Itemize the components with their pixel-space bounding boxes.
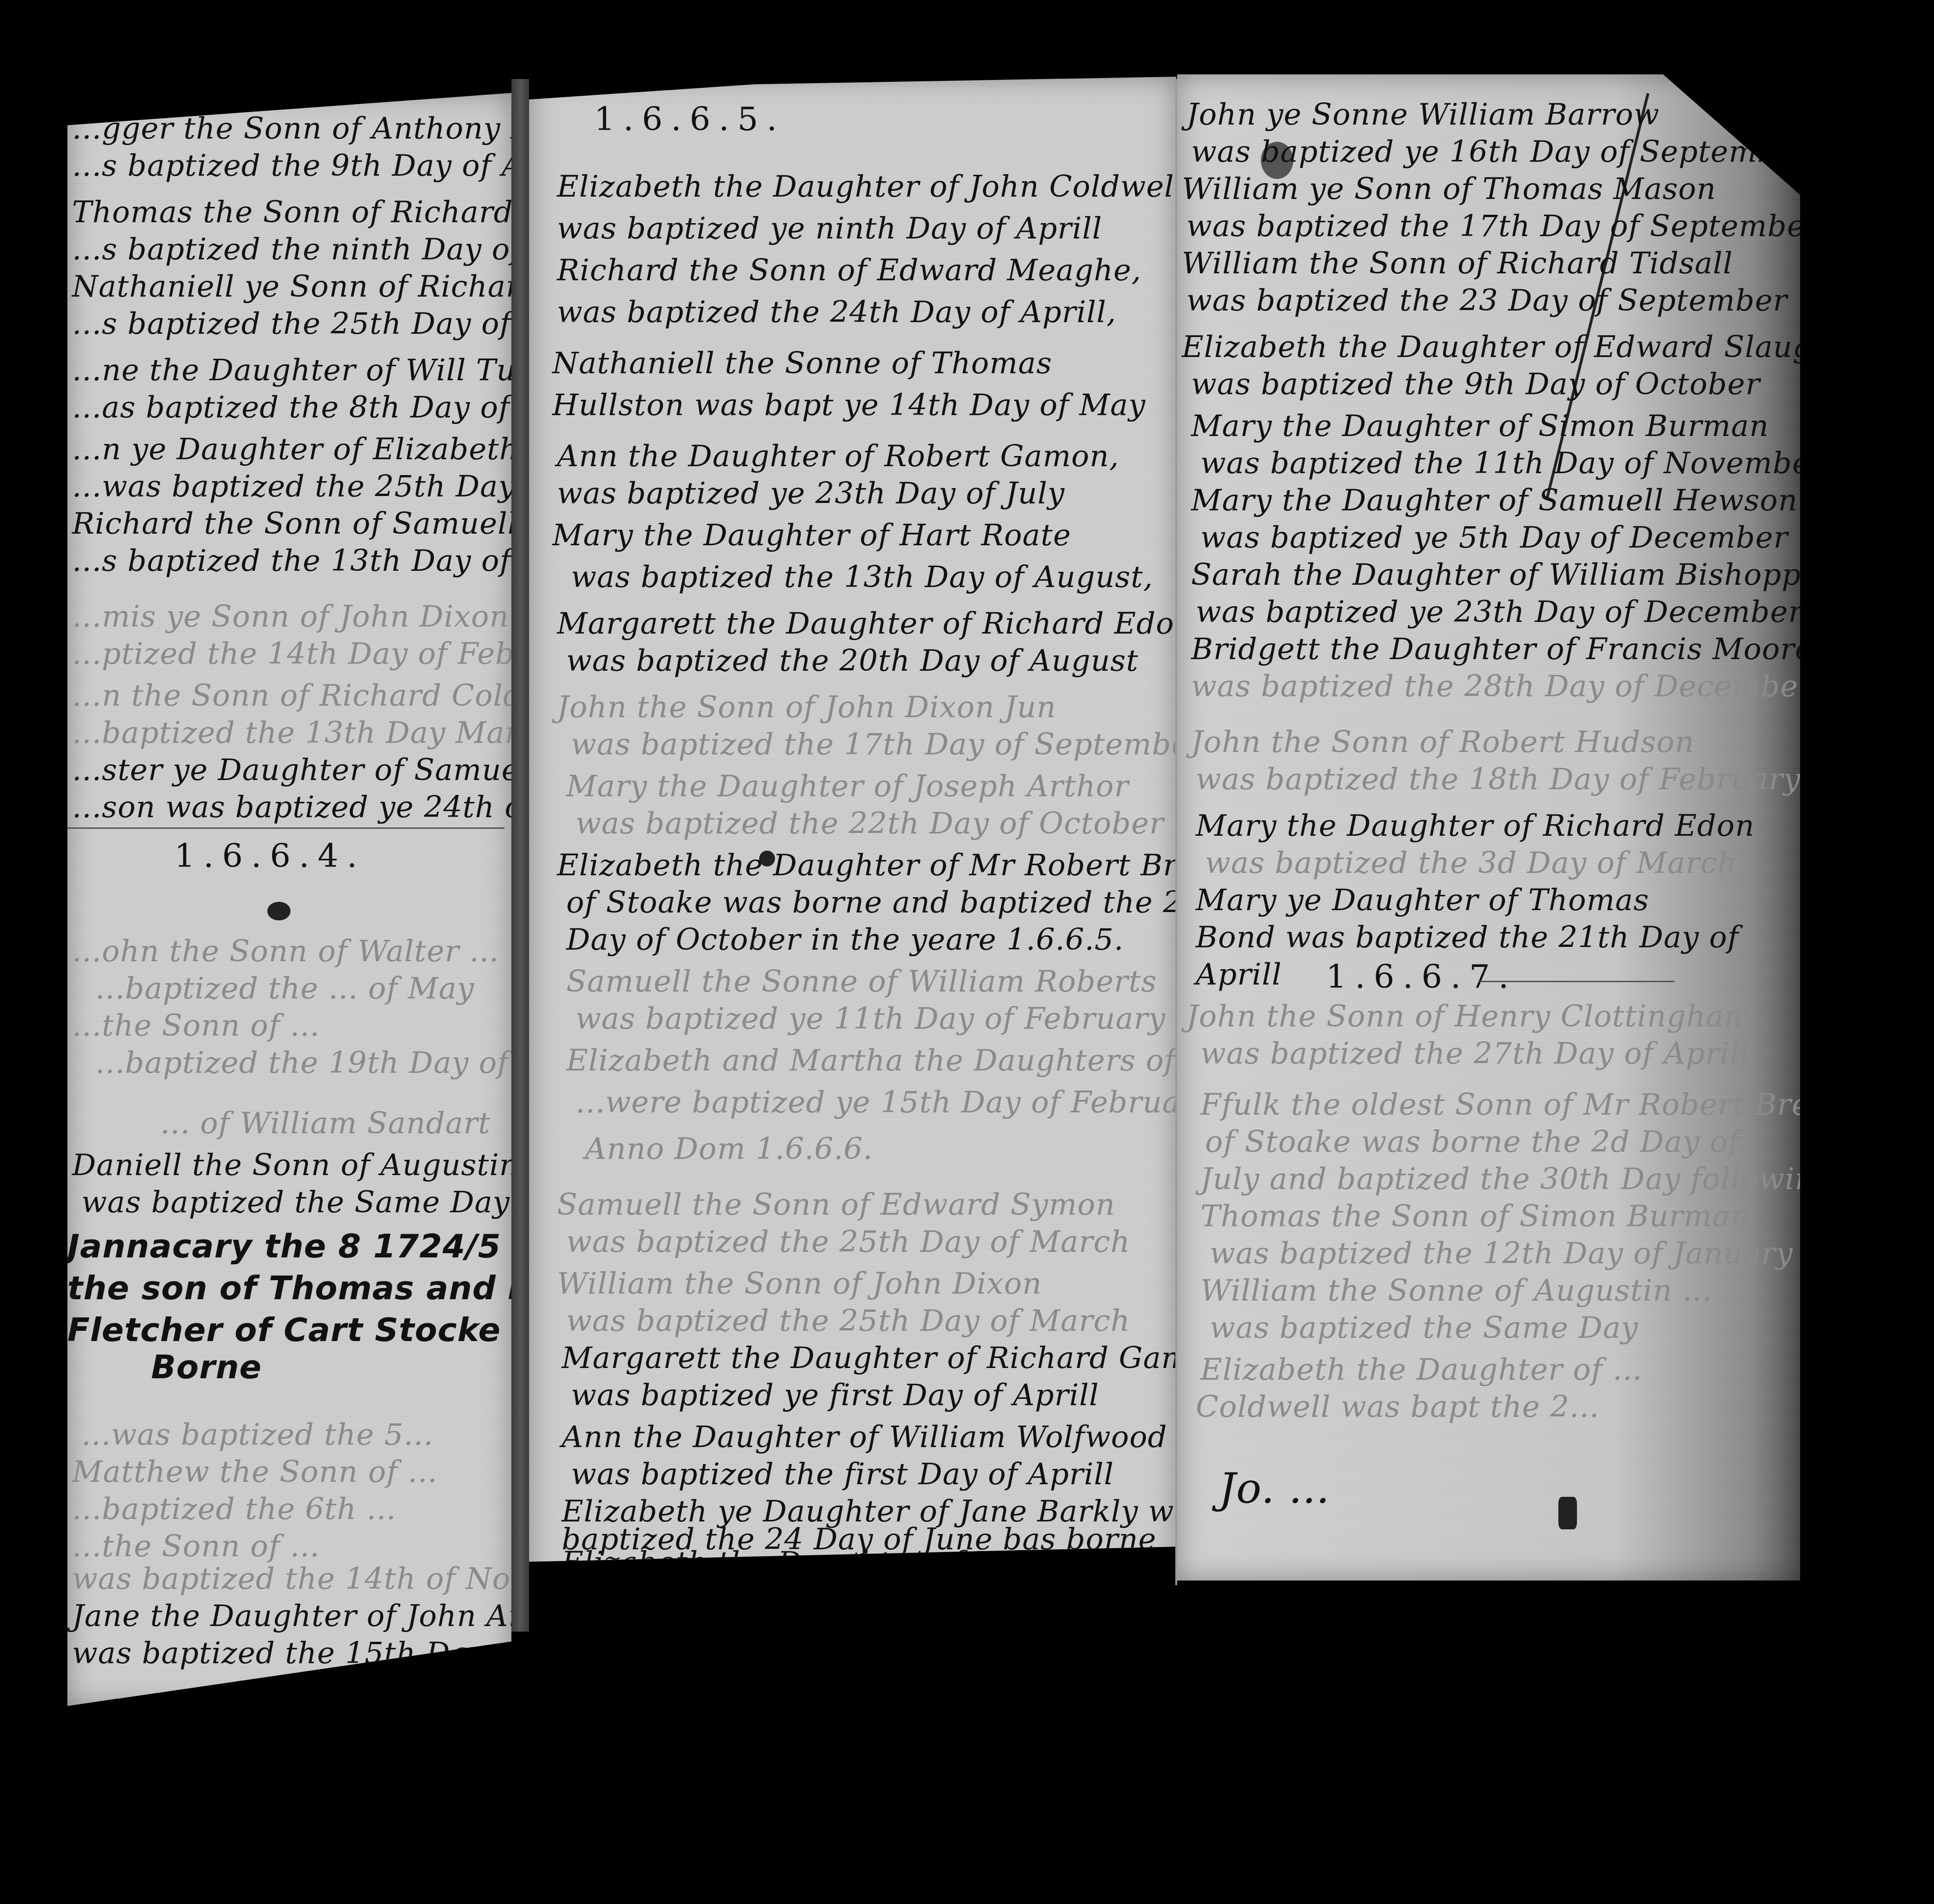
entry-line: Richard the Sonn of Edward Meaghe, [557, 253, 1141, 288]
right-register-page: John ye Sonne William Barrow was baptize… [1177, 74, 1800, 1580]
entry-line: Coldwell was bapt the 2... [1196, 1390, 1599, 1424]
entry-line: Mary the Daughter of Joseph Arthor [566, 769, 1129, 804]
entry-line: Bond was baptized the 21th Day of [1196, 920, 1739, 955]
entry-line: Margarett the Daughter of Richard Gamon [562, 1341, 1228, 1375]
entry-line: was baptized the 28th Day of December [1191, 669, 1813, 704]
entry-line: Margarett the Daughter of Richard Edon [557, 607, 1194, 641]
entry-line: Mary ye Daughter of Thomas [1196, 883, 1649, 918]
entry-line: was baptized the 3d Day of March [1205, 846, 1737, 880]
divider-rule [67, 827, 504, 829]
entry-line: was baptized ye 16th Day of September [1191, 135, 1809, 169]
entry-line: ...ne the Daughter of Will Turner [72, 353, 583, 388]
entry-line: Samuell the Sonn of Edward Symon [557, 1188, 1115, 1222]
entry-line: William the Sonn of John Dixon [557, 1267, 1042, 1301]
entry-line: was baptized the 18th Day of February [1196, 762, 1801, 797]
entry-line: ...mis ye Sonn of John Dixon was [72, 600, 579, 634]
entry-line: of Stoake was borne the 2d Day of [1205, 1125, 1740, 1159]
entry-line: Ann the Daughter of William Wolfwood [562, 1420, 1167, 1454]
year-heading: Anno Dom 1.6.6.6. [585, 1132, 873, 1166]
left-register-page: ...gger the Sonn of Anthony Hutson ...s … [67, 93, 511, 1706]
entry-line: Mary the Daughter of Hart Roate [552, 518, 1071, 553]
entry-line: Mary the Daughter of Richard Edon [1196, 809, 1755, 843]
entry-line: was baptized ye 11th Day of February [576, 1002, 1166, 1036]
entry-line: ...baptized the 19th Day of ... [95, 1046, 549, 1080]
entry-line: Jane the Daughter of John Arthor [72, 1599, 588, 1633]
entry-line: Elizabeth and Martha the Daughters of Jo… [566, 1044, 1256, 1078]
entry-line: Mary the Daughter of Simon Burman [1191, 409, 1769, 443]
entry-line: Nathaniell the Sonne of Thomas [552, 346, 1052, 381]
entry-line: was baptized the 17th Day of September [571, 727, 1204, 762]
entry-line: Hullston was bapt ye 14th Day of May [552, 388, 1146, 423]
entry-line: Elizabeth the Daughter of William Coldwe… [562, 1546, 1236, 1580]
book-gutter [511, 79, 529, 1632]
entry-line: Elizabeth the Daughter of ... [1200, 1353, 1643, 1387]
entry-line: Elizabeth the Daughter of Mr Robert Bren… [557, 848, 1228, 883]
entry-line: was baptized ye ninth Day of Aprill [557, 212, 1102, 246]
entry-line: was baptized ye 5th Day of December [1200, 521, 1788, 555]
entry-line: William the Sonne of Augustin ... [1200, 1274, 1712, 1308]
entry-line: ...n the Sonn of Richard Coldwell [72, 679, 587, 713]
entry-line: Day of October in the yeare 1.6.6.5. [566, 923, 1124, 957]
entry-line: was baptized the 23 Day of September [1186, 284, 1788, 318]
entry-line: ...baptized the 6th ... [72, 1492, 396, 1527]
entry-line: ...was baptized the 5... [81, 1418, 433, 1452]
entry-line: was baptized the 24 Day of August [571, 1569, 1111, 1603]
entry-line: William ye Sonn of Thomas Mason [1182, 172, 1716, 206]
entry-line: John the Sonn of John Dixon Jun [557, 690, 1056, 725]
entry-line: was baptized the 11th Day of November [1200, 446, 1825, 481]
signature-flourish: Jo. ... [1219, 1464, 1330, 1513]
entry-line: was baptized the Same Day [81, 1185, 510, 1220]
entry-line: Bridgett the Daughter of Francis Moore [1191, 632, 1813, 667]
entry-line: ...the Sonn of ... [72, 1009, 320, 1043]
entry-line: was baptized the 20th Day of August [566, 644, 1139, 678]
ink-blot [267, 902, 291, 920]
entry-line: Aprill [1196, 958, 1282, 992]
later-entry-line: Borne [151, 1348, 262, 1386]
entry-line: Elizabeth the Daughter of Edward Slaught… [1182, 330, 1877, 364]
entry-line: was baptized the Same Day [1210, 1311, 1638, 1345]
ink-blot [1558, 1497, 1577, 1529]
entry-line: was baptized the 12th Day of January [1210, 1236, 1793, 1271]
entry-line: July and baptized the 30th Day following… [1200, 1162, 1921, 1197]
page-fold-line [1175, 79, 1177, 1585]
entry-line: ...ster ye Daughter of Samuell [72, 753, 539, 787]
entry-line: Ann the Daughter of Robert Gamon, [557, 439, 1119, 474]
entry-line: was baptized ye first Day of Aprill [571, 1378, 1099, 1413]
entry-line: Ffulk the oldest Sonn of Mr Robert Brent [1200, 1088, 1842, 1122]
entry-line: ...baptized the 13th Day March [72, 716, 556, 750]
entry-line: ...the Sonn of ... [72, 1529, 320, 1564]
entry-line: was baptized the 25th Day of March [566, 1225, 1130, 1259]
year-heading: 1.6.6.4. [174, 837, 365, 875]
year-heading: 1.6.6.5. [594, 100, 785, 138]
middle-register-page: 1.6.6.5. Elizabeth the Daughter of John … [529, 77, 1176, 1592]
entry-line: John the Sonn of Robert Hudson [1191, 725, 1695, 760]
year-heading: 1.6.6.7. [1326, 958, 1517, 996]
entry-line: was baptized the 25th Day of March [566, 1304, 1130, 1338]
divider-rule [1479, 981, 1675, 982]
entry-line: was baptized the 14th of Novemb... [72, 1562, 624, 1596]
entry-line: was baptized the 22th Day of October [576, 807, 1164, 841]
entry-line: ... of William Sandart [160, 1106, 490, 1141]
entry-line: Matthew the Sonn of ... [72, 1455, 437, 1489]
entry-line: Thomas the Sonn of Simon Burman [1200, 1199, 1750, 1234]
entry-line: of Stoake was borne and baptized the 20t… [566, 886, 1234, 920]
entry-line: Sarah the Daughter of William Bishopp [1191, 558, 1801, 592]
entry-line: Mary the Daughter of Samuell Hewson [1191, 483, 1798, 518]
entry-line: was baptized the 24th Day of Aprill, [557, 295, 1116, 330]
entry-line: William the Sonn of Richard Tidsall [1182, 246, 1733, 281]
entry-line: John ye Sonne William Barrow [1186, 98, 1660, 132]
entry-line: was baptized the 27th Day of Aprill [1200, 1037, 1750, 1071]
entry-line: ...were baptized ye 15th Day of February [576, 1085, 1212, 1120]
entry-line: was baptized the 9th Day of October [1191, 367, 1760, 402]
entry-line: ...baptized the ... of May [95, 972, 474, 1006]
entry-line: ...ohn the Sonn of Walter ... [72, 934, 499, 969]
entry-line: Elizabeth the Daughter of John Coldwell [557, 170, 1184, 204]
entry-line: was baptized the first Day of Aprill [571, 1457, 1114, 1492]
entry-line: was baptized ye 23th Day of December [1196, 595, 1803, 629]
entry-line: was baptized the 17th Day of September [1186, 209, 1820, 244]
entry-line: John the Sonn of Henry Clottingham [1186, 999, 1753, 1034]
entry-line: was baptized the 15th Day of Janu... [72, 1636, 635, 1671]
entry-line: was baptized ye 23th Day of July [557, 476, 1065, 511]
entry-line: Samuell the Sonne of William Roberts [566, 965, 1157, 999]
entry-line: was baptized the 13th Day of August, [571, 560, 1153, 595]
